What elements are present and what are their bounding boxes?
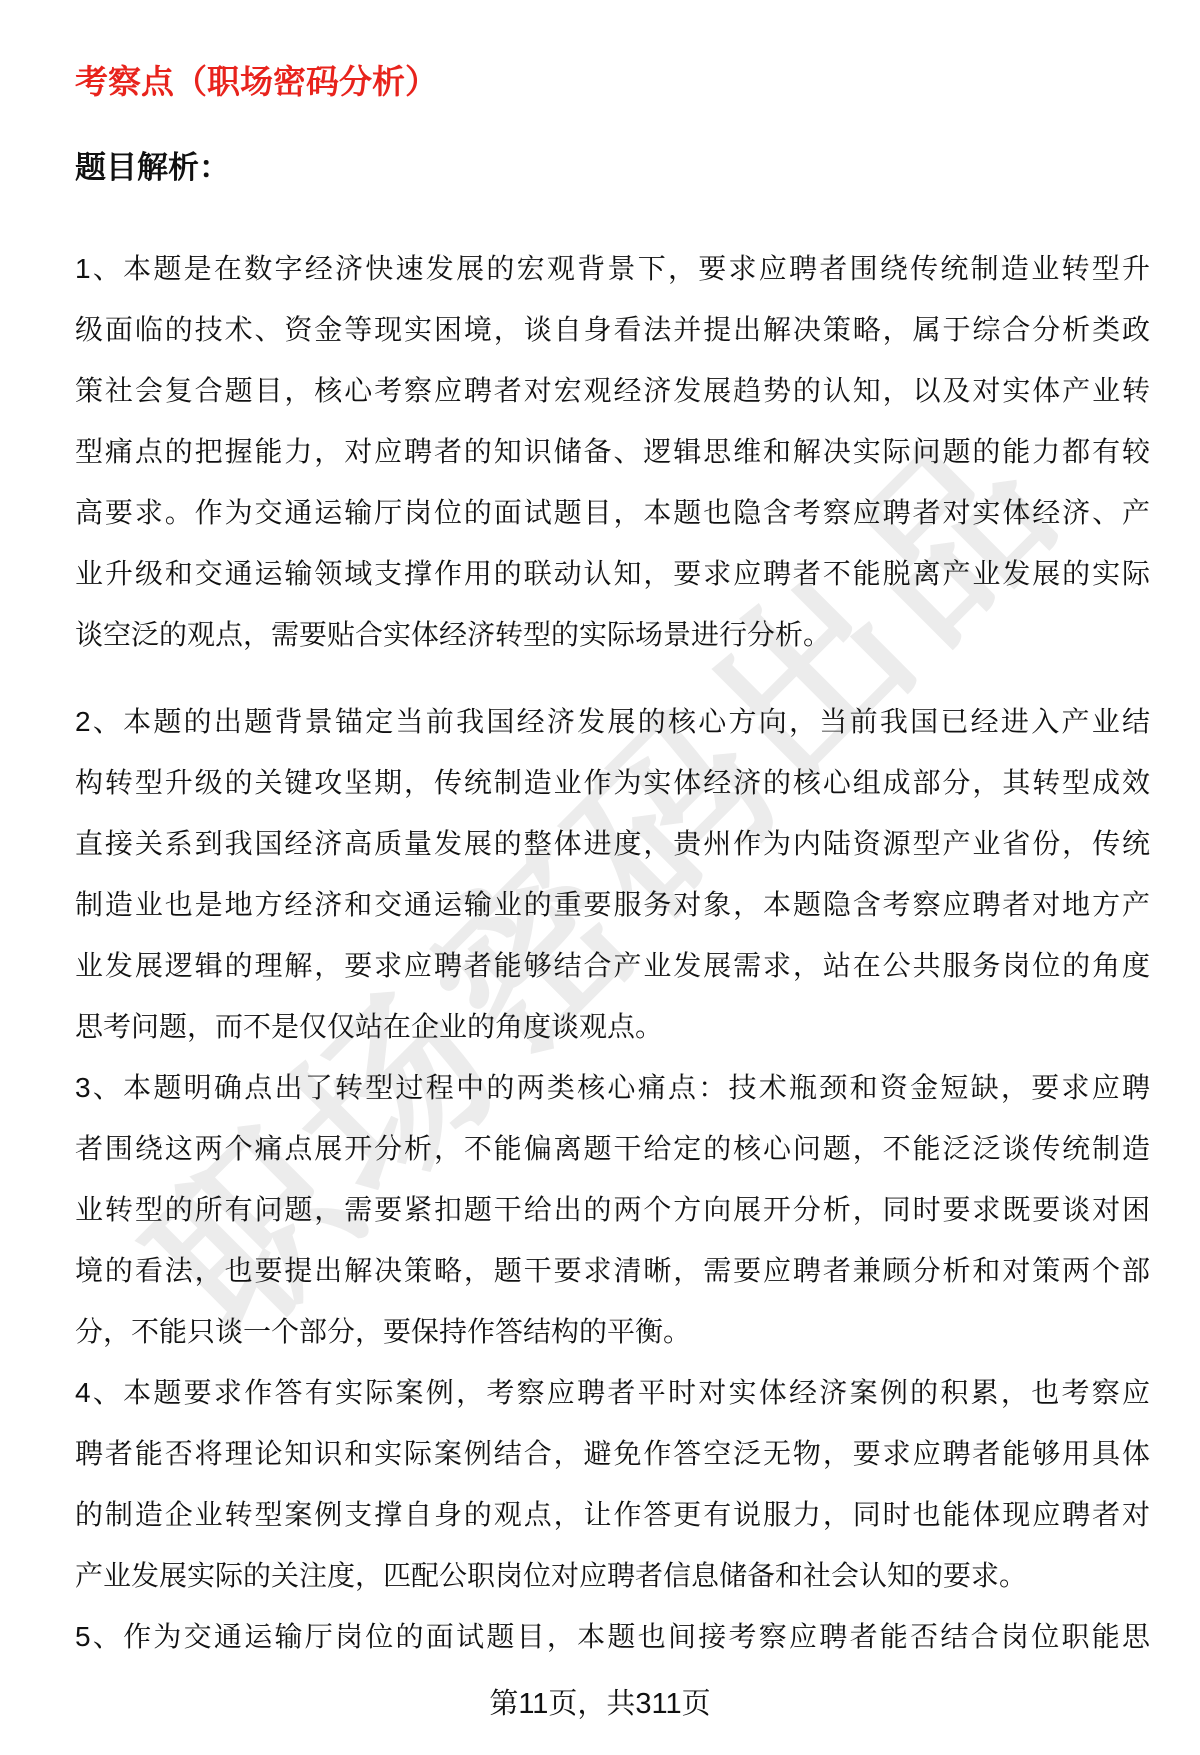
paragraph-3: 3、本题明确点出了转型过程中的两类核心痛点：技术瓶颈和资金短缺，要求应聘 者围绕…: [75, 1057, 1150, 1362]
text-line: 的制造企业转型案例支撑自身的观点，让作答更有说服力，同时也能体现应聘者对: [75, 1484, 1150, 1545]
text-line: 策社会复合题目，核心考察应聘者对宏观经济发展趋势的认知，以及对实体产业转: [75, 360, 1150, 421]
text-line: 业转型的所有问题，需要紧扣题干给出的两个方向展开分析，同时要求既要谈对困: [75, 1179, 1150, 1240]
document-page: 考察点（职场密码分析） 题目解析： 1、本题是在数字经济快速发展的宏观背景下，要…: [0, 0, 1200, 1667]
text-line: 业发展逻辑的理解，要求应聘者能够结合产业发展需求，站在公共服务岗位的角度: [75, 935, 1150, 996]
text-line: 级面临的技术、资金等现实困境，谈自身看法并提出解决策略，属于综合分析类政: [75, 299, 1150, 360]
text-line: 构转型升级的关键攻坚期，传统制造业作为实体经济的核心组成部分，其转型成效: [75, 752, 1150, 813]
text-line: 谈空泛的观点，需要贴合实体经济转型的实际场景进行分析。: [75, 604, 1150, 665]
paragraph-2: 2、本题的出题背景锚定当前我国经济发展的核心方向，当前我国已经进入产业结 构转型…: [75, 691, 1150, 1057]
text-line: 直接关系到我国经济高质量发展的整体进度，贵州作为内陆资源型产业省份，传统: [75, 813, 1150, 874]
paragraph-5: 5、作为交通运输厅岗位的面试题目，本题也间接考察应聘者能否结合岗位职能思: [75, 1606, 1150, 1667]
text-line: 境的看法，也要提出解决策略，题干要求清晰，需要应聘者兼顾分析和对策两个部: [75, 1240, 1150, 1301]
text-line: 2、本题的出题背景锚定当前我国经济发展的核心方向，当前我国已经进入产业结: [75, 691, 1150, 752]
text-line: 3、本题明确点出了转型过程中的两类核心痛点：技术瓶颈和资金短缺，要求应聘: [75, 1057, 1150, 1118]
text-line: 业升级和交通运输领域支撑作用的联动认知，要求应聘者不能脱离产业发展的实际: [75, 543, 1150, 604]
section-heading: 题目解析：: [75, 148, 1150, 188]
text-line: 思考问题，而不是仅仅站在企业的角度谈观点。: [75, 996, 1150, 1057]
text-line: 者围绕这两个痛点展开分析，不能偏离题干给定的核心问题，不能泛泛谈传统制造: [75, 1118, 1150, 1179]
text-line: 型痛点的把握能力，对应聘者的知识储备、逻辑思维和解决实际问题的能力都有较: [75, 421, 1150, 482]
text-line: 聘者能否将理论知识和实际案例结合，避免作答空泛无物，要求应聘者能够用具体: [75, 1423, 1150, 1484]
text-line: 5、作为交通运输厅岗位的面试题目，本题也间接考察应聘者能否结合岗位职能思: [75, 1606, 1150, 1667]
text-line: 4、本题要求作答有实际案例，考察应聘者平时对实体经济案例的积累，也考察应: [75, 1362, 1150, 1423]
text-line: 制造业也是地方经济和交通运输业的重要服务对象，本题隐含考察应聘者对地方产: [75, 874, 1150, 935]
text-line: 1、本题是在数字经济快速发展的宏观背景下，要求应聘者围绕传统制造业转型升: [75, 238, 1150, 299]
paragraph-4: 4、本题要求作答有实际案例，考察应聘者平时对实体经济案例的积累，也考察应 聘者能…: [75, 1362, 1150, 1606]
text-line: 产业发展实际的关注度，匹配公职岗位对应聘者信息储备和社会认知的要求。: [75, 1545, 1150, 1606]
text-line: 高要求。作为交通运输厅岗位的面试题目，本题也隐含考察应聘者对实体经济、产: [75, 482, 1150, 543]
page-title: 考察点（职场密码分析）: [75, 62, 1150, 102]
text-line: 分，不能只谈一个部分，要保持作答结构的平衡。: [75, 1301, 1150, 1362]
page-footer: 第11页，共311页: [0, 1684, 1200, 1724]
paragraph-1: 1、本题是在数字经济快速发展的宏观背景下，要求应聘者围绕传统制造业转型升 级面临…: [75, 238, 1150, 665]
